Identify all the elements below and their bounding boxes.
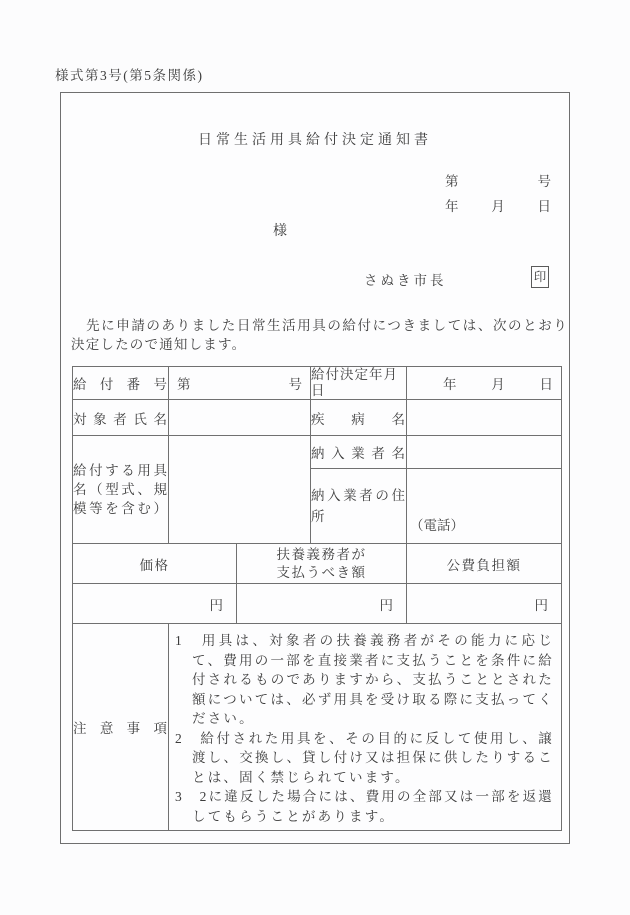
price-amount-cell: 円 [73, 584, 237, 624]
notice-body-paragraph: 先に申請のありました日常生活用具の給付につきましては、次のとおり決定したので通知… [71, 316, 568, 354]
decision-date-day: 日 [540, 373, 554, 393]
table-row: 対象者氏名 疾病名 [73, 400, 562, 436]
document-number-line: 第 号 [445, 170, 551, 190]
document-sheet: 様式第3号(第5条関係) 日常生活用具給付決定通知書 第 号 年 月 日 様 さ… [0, 0, 630, 915]
disease-name-value-cell [407, 400, 562, 436]
note-item-1: 1 用具は、対象者の扶養義務者がその能力に応じて、費用の一部を直接業者に支払うこ… [175, 631, 554, 729]
supplier-phone-cell: （電話） [407, 469, 562, 544]
date-day-label: 日 [538, 195, 552, 215]
dependent-payment-label-line2: 支払うべき額 [237, 564, 406, 582]
price-label: 価格 [73, 544, 237, 584]
grant-number-label: 給付番号 [73, 367, 169, 400]
recipient-name-value-cell [169, 400, 311, 436]
seal-mark: 印 [531, 266, 549, 288]
table-row: 給付する用具名（型式、規模等を含む） 納入業者名 [73, 436, 562, 469]
notice-border-box: 日常生活用具給付決定通知書 第 号 年 月 日 様 さぬき市長 印 先に申請のあ… [60, 92, 570, 844]
issuer-name: さぬき市長 [364, 269, 447, 289]
doc-number-suffix: 号 [538, 170, 552, 190]
equipment-name-label: 給付する用具名（型式、規模等を含む） [73, 436, 169, 544]
table-row: 価格 扶養義務者が 支払うべき額 公費負担額 [73, 544, 562, 584]
decision-date-value-cell: 年 月 日 [407, 367, 562, 400]
document-date-line: 年 月 日 [445, 195, 551, 215]
dependent-payment-label-line1: 扶養義務者が [237, 546, 406, 564]
disease-name-label: 疾病名 [311, 400, 407, 436]
grant-number-value-cell: 第 号 [169, 367, 311, 400]
equipment-name-value-cell [169, 436, 311, 544]
decision-date-label: 給付決定年月日 [311, 367, 407, 400]
supplier-name-label: 納入業者名 [311, 436, 407, 469]
note-item-2: 2 給付された用具を、その目的に反して使用し、譲渡し、交換し、貸し付け又は担保に… [175, 729, 554, 788]
date-month-label: 月 [491, 195, 505, 215]
supplier-name-value-cell [407, 436, 562, 469]
public-expense-label: 公費負担額 [407, 544, 562, 584]
doc-number-prefix: 第 [445, 170, 459, 190]
form-number-label: 様式第3号(第5条関係) [55, 64, 204, 84]
decision-date-month: 月 [491, 373, 505, 393]
table-row: 注意事項 1 用具は、対象者の扶養義務者がその能力に応じて、費用の一部を直接業者… [73, 624, 562, 831]
dependent-payment-amount-cell: 円 [237, 584, 407, 624]
grant-details-table: 給付番号 第 号 給付決定年月日 年 月 日 対象者氏名 [72, 366, 562, 831]
supplier-address-label: 納入業者の住所 [311, 469, 407, 544]
table-row: 給付番号 第 号 給付決定年月日 年 月 日 [73, 367, 562, 400]
notes-content-cell: 1 用具は、対象者の扶養義務者がその能力に応じて、費用の一部を直接業者に支払うこ… [169, 624, 562, 831]
document-title: 日常生活用具給付決定通知書 [61, 129, 569, 149]
date-year-label: 年 [445, 195, 459, 215]
recipient-name-label: 対象者氏名 [73, 400, 169, 436]
public-expense-amount-cell: 円 [407, 584, 562, 624]
grant-number-prefix: 第 [177, 373, 191, 393]
addressee-honorific: 様 [273, 220, 287, 240]
table-row: 円 円 円 [73, 584, 562, 624]
dependent-payment-label-cell: 扶養義務者が 支払うべき額 [237, 544, 407, 584]
note-item-3: 3 2に違反した場合には、費用の全部又は一部を返還してもらうことがあります。 [175, 787, 554, 826]
notes-label: 注意事項 [73, 624, 169, 831]
grant-number-suffix: 号 [289, 373, 303, 393]
decision-date-year: 年 [443, 373, 457, 393]
